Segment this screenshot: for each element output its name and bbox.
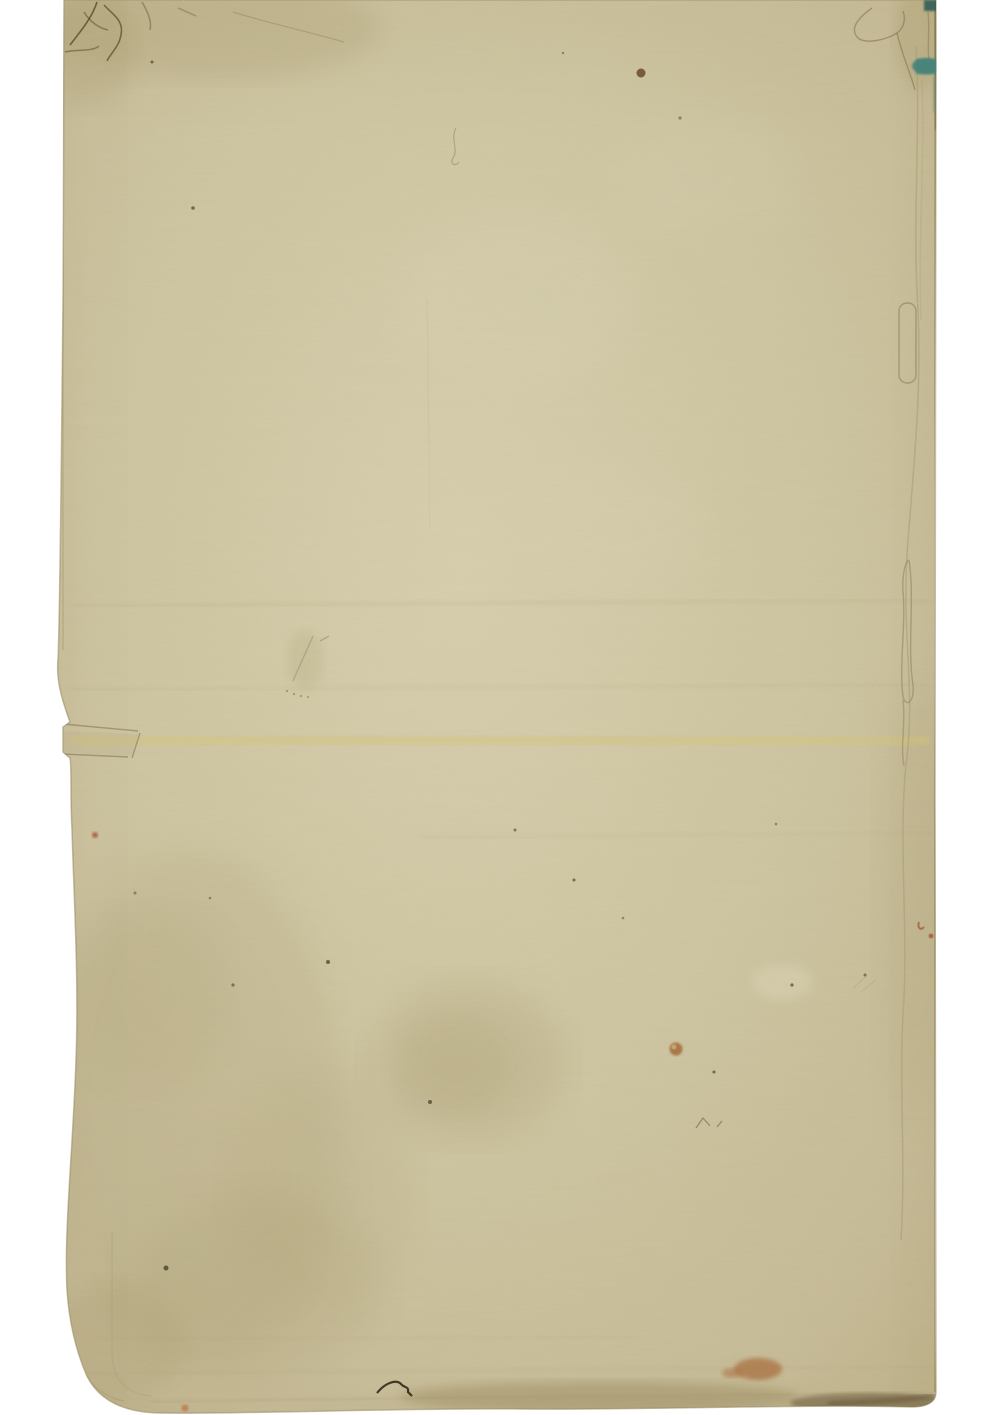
scan-canvas xyxy=(0,0,1000,1415)
scanned-page-image xyxy=(0,0,1000,1415)
paper-texture xyxy=(55,0,945,1415)
